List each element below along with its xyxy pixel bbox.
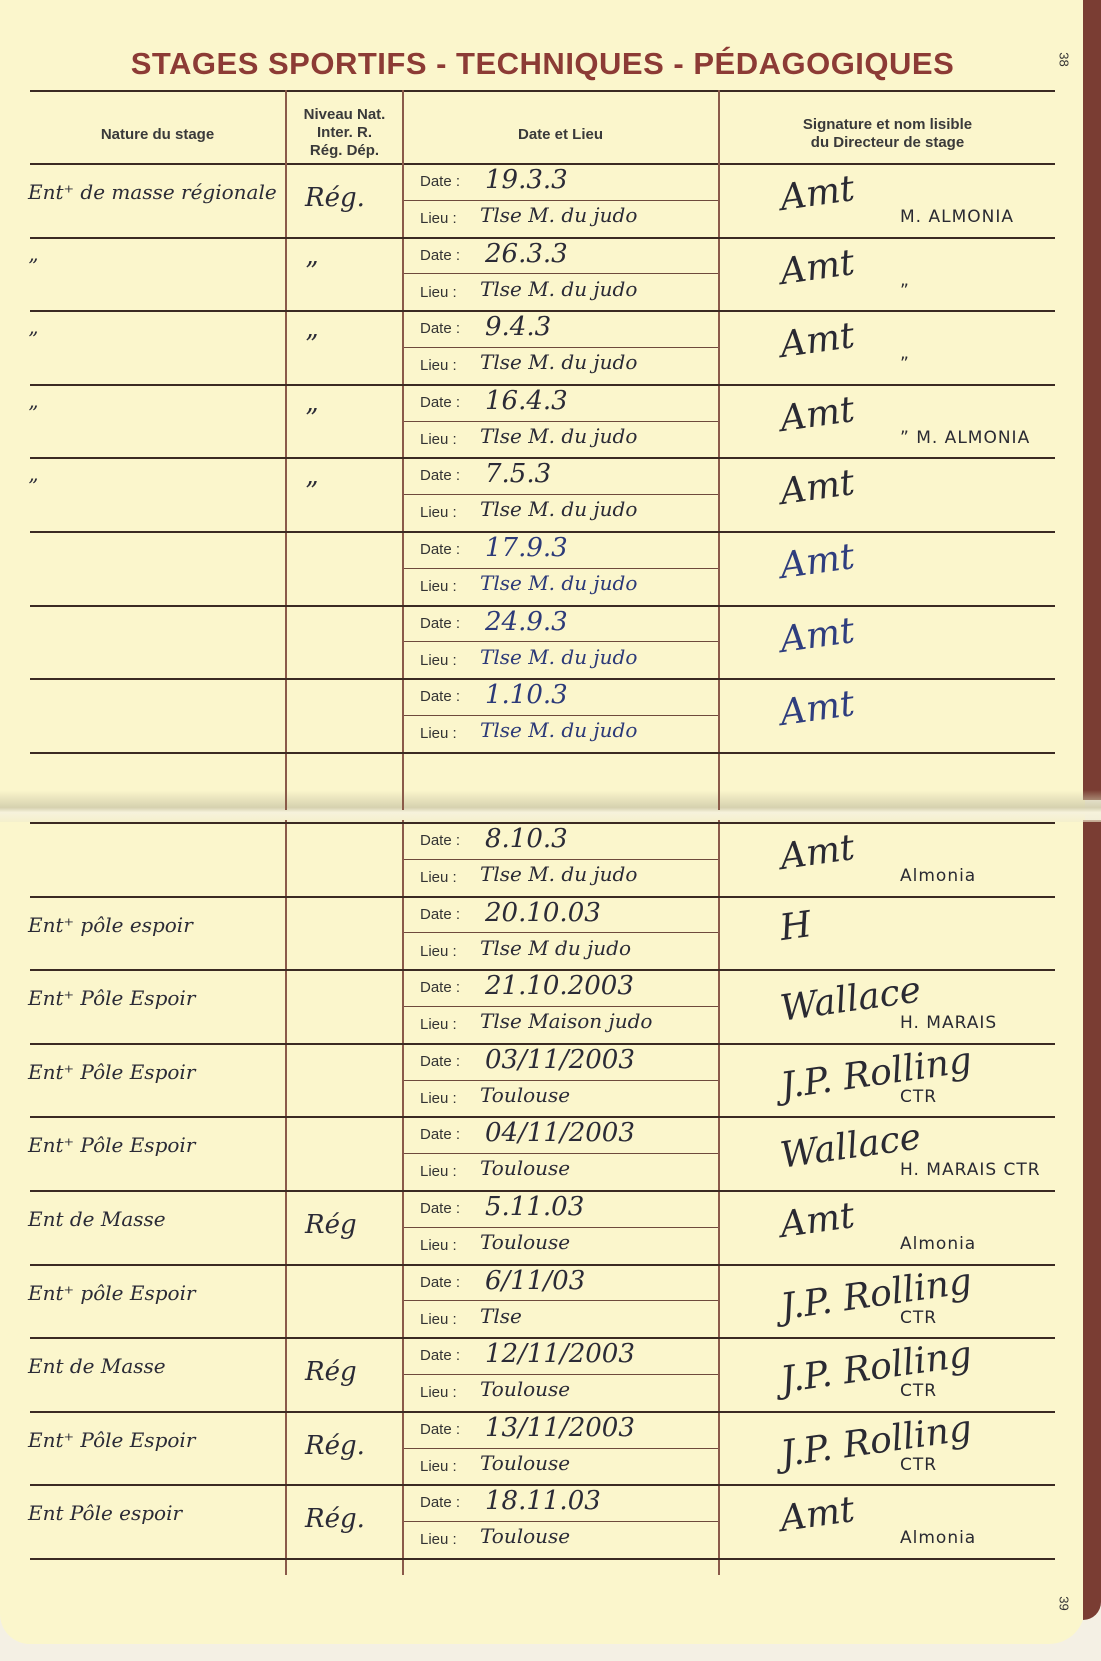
lieu-label: Lieu : bbox=[420, 652, 457, 669]
niveau-line-2: Inter. R. bbox=[287, 124, 402, 142]
date-lieu-divider bbox=[404, 715, 718, 716]
row-bottom-date: 03/11/2003 bbox=[485, 1045, 635, 1075]
row-top-lieu: Tlse M. du judo bbox=[480, 497, 637, 521]
date-label: Date : bbox=[420, 979, 460, 996]
lieu-label: Lieu : bbox=[420, 357, 457, 374]
row-top-date: 1.10.3 bbox=[485, 680, 568, 710]
row-bottom-date: 04/11/2003 bbox=[485, 1118, 635, 1148]
row-top-date: 16.4.3 bbox=[485, 386, 568, 416]
row-top-lieu: Tlse M. du judo bbox=[480, 718, 637, 742]
date-label: Date : bbox=[420, 394, 460, 411]
lieu-label: Lieu : bbox=[420, 869, 457, 886]
date-label: Date : bbox=[420, 1200, 460, 1217]
row-bottom-director-name: CTR bbox=[900, 1308, 937, 1328]
row-bottom-nature: Ent de Masse bbox=[28, 1351, 166, 1381]
row-top-director-name: ” bbox=[900, 354, 910, 374]
table-top-rule bbox=[30, 90, 1055, 92]
lieu-label: Lieu : bbox=[420, 431, 457, 448]
row-bottom-lieu: Toulouse bbox=[480, 1451, 570, 1475]
row-top-niveau: Rég. bbox=[305, 183, 365, 213]
column-divider bbox=[718, 820, 720, 1575]
row-top-date: 24.9.3 bbox=[485, 607, 568, 637]
date-label: Date : bbox=[420, 1053, 460, 1070]
column-header-niveau: Niveau Nat. Inter. R. Rég. Dép. bbox=[287, 106, 402, 160]
row-top-lieu: Tlse M. du judo bbox=[480, 203, 637, 227]
row-top-niveau: ” bbox=[305, 477, 318, 507]
signature-line-2: du Directeur de stage bbox=[720, 134, 1055, 152]
row-bottom-director-name: CTR bbox=[900, 1381, 937, 1401]
row-top-date: 7.5.3 bbox=[485, 459, 551, 489]
row-bottom-nature: Ent⁺ Pôle Espoir bbox=[28, 1057, 195, 1087]
date-label: Date : bbox=[420, 247, 460, 264]
row-bottom-lieu: Tlse Maison judo bbox=[480, 1009, 652, 1033]
row-bottom-date: 8.10.3 bbox=[485, 824, 568, 854]
date-lieu-divider bbox=[404, 1080, 718, 1081]
date-label: Date : bbox=[420, 906, 460, 923]
row-top-nature: ” bbox=[28, 324, 38, 354]
column-divider bbox=[718, 90, 720, 810]
row-bottom-lieu: Toulouse bbox=[480, 1377, 570, 1401]
row-bottom-date: 5.11.03 bbox=[485, 1192, 584, 1222]
row-bottom-nature: Ent⁺ Pôle Espoir bbox=[28, 1130, 195, 1160]
date-label: Date : bbox=[420, 1494, 460, 1511]
row-top-nature: Ent⁺ de masse régionale bbox=[28, 177, 277, 207]
date-lieu-divider bbox=[404, 641, 718, 642]
date-label: Date : bbox=[420, 1421, 460, 1438]
row-top-niveau: ” bbox=[305, 330, 318, 360]
row-bottom-director-name: Almonia bbox=[900, 1234, 976, 1254]
row-bottom-date: 13/11/2003 bbox=[485, 1413, 635, 1443]
page-fold bbox=[0, 790, 1101, 822]
row-top-niveau: ” bbox=[305, 257, 318, 287]
date-lieu-divider bbox=[404, 1153, 718, 1154]
date-lieu-divider bbox=[404, 932, 718, 933]
lieu-label: Lieu : bbox=[420, 725, 457, 742]
row-bottom-lieu: Tlse M. du judo bbox=[480, 862, 637, 886]
row-top-date: 19.3.3 bbox=[485, 165, 568, 195]
row-bottom-niveau: Rég. bbox=[305, 1431, 365, 1461]
row-rule bbox=[30, 1558, 1055, 1560]
lieu-label: Lieu : bbox=[420, 210, 457, 227]
date-lieu-divider bbox=[404, 1227, 718, 1228]
row-bottom-date: 21.10.2003 bbox=[485, 971, 634, 1001]
page-number-bottom: 39 bbox=[1057, 1596, 1072, 1610]
row-top-lieu: Tlse M. du judo bbox=[480, 571, 637, 595]
niveau-line-1: Niveau Nat. bbox=[287, 106, 402, 124]
row-bottom-lieu: Toulouse bbox=[480, 1524, 570, 1548]
date-lieu-divider bbox=[404, 421, 718, 422]
row-bottom-date: 12/11/2003 bbox=[485, 1339, 635, 1369]
column-header-signature: Signature et nom lisible du Directeur de… bbox=[720, 116, 1055, 152]
lieu-label: Lieu : bbox=[420, 284, 457, 301]
row-top-director-name: M. ALMONIA bbox=[900, 207, 1014, 227]
row-top-date: 9.4.3 bbox=[485, 312, 551, 342]
date-label: Date : bbox=[420, 173, 460, 190]
row-bottom-date: 18.11.03 bbox=[485, 1486, 601, 1516]
column-header-date-lieu: Date et Lieu bbox=[404, 126, 717, 144]
row-bottom-niveau: Rég bbox=[305, 1357, 357, 1387]
lieu-label: Lieu : bbox=[420, 1531, 457, 1548]
row-bottom-nature: Ent⁺ Pôle Espoir bbox=[28, 983, 195, 1013]
row-top-lieu: Tlse M. du judo bbox=[480, 645, 637, 669]
row-bottom-nature: Ent⁺ pôle Espoir bbox=[28, 1278, 196, 1308]
row-bottom-niveau: Rég bbox=[305, 1210, 357, 1240]
row-bottom-lieu: Tlse M du judo bbox=[480, 936, 631, 960]
lieu-label: Lieu : bbox=[420, 943, 457, 960]
date-lieu-divider bbox=[404, 1521, 718, 1522]
column-divider bbox=[285, 820, 287, 1575]
column-divider bbox=[402, 90, 404, 810]
niveau-line-3: Rég. Dép. bbox=[287, 142, 402, 160]
lieu-label: Lieu : bbox=[420, 1163, 457, 1180]
date-lieu-divider bbox=[404, 859, 718, 860]
lieu-label: Lieu : bbox=[420, 1311, 457, 1328]
lieu-label: Lieu : bbox=[420, 1458, 457, 1475]
page-number-top: 38 bbox=[1057, 52, 1072, 66]
page-title: STAGES SPORTIFS - TECHNIQUES - PÉDAGOGIQ… bbox=[0, 46, 1085, 82]
row-bottom-nature: Ent⁺ pôle espoir bbox=[28, 910, 193, 940]
date-lieu-divider bbox=[404, 200, 718, 201]
row-top-lieu: Tlse M. du judo bbox=[480, 350, 637, 374]
row-top-lieu: Tlse M. du judo bbox=[480, 277, 637, 301]
date-label: Date : bbox=[420, 467, 460, 484]
row-bottom-date: 6/11/03 bbox=[485, 1266, 585, 1296]
row-bottom-date: 20.10.03 bbox=[485, 898, 601, 928]
date-lieu-divider bbox=[404, 1006, 718, 1007]
date-lieu-divider bbox=[404, 568, 718, 569]
row-bottom-director-name: H. MARAIS bbox=[900, 1013, 997, 1033]
signature-line-1: Signature et nom lisible bbox=[720, 116, 1055, 134]
date-label: Date : bbox=[420, 688, 460, 705]
row-top-niveau: ” bbox=[305, 404, 318, 434]
date-label: Date : bbox=[420, 320, 460, 337]
row-top-date: 17.9.3 bbox=[485, 533, 568, 563]
row-bottom-lieu: Tlse bbox=[480, 1304, 522, 1328]
date-label: Date : bbox=[420, 832, 460, 849]
row-bottom-nature: Ent⁺ Pôle Espoir bbox=[28, 1425, 195, 1455]
row-top-nature: ” bbox=[28, 251, 38, 281]
row-top-nature: ” bbox=[28, 398, 38, 428]
lieu-label: Lieu : bbox=[420, 1237, 457, 1254]
row-rule bbox=[30, 752, 1055, 754]
row-bottom-signature: H bbox=[777, 904, 814, 949]
row-bottom-lieu: Toulouse bbox=[480, 1230, 570, 1254]
cover-edge bbox=[1083, 820, 1101, 1620]
date-label: Date : bbox=[420, 1347, 460, 1364]
row-bottom-director-name: Almonia bbox=[900, 866, 976, 886]
lieu-label: Lieu : bbox=[420, 504, 457, 521]
date-label: Date : bbox=[420, 541, 460, 558]
row-bottom-lieu: Toulouse bbox=[480, 1156, 570, 1180]
row-bottom-director-name: CTR bbox=[900, 1455, 937, 1475]
row-bottom-niveau: Rég. bbox=[305, 1504, 365, 1534]
lieu-label: Lieu : bbox=[420, 1384, 457, 1401]
row-bottom-nature: Ent de Masse bbox=[28, 1204, 166, 1234]
row-bottom-lieu: Toulouse bbox=[480, 1083, 570, 1107]
cover-edge bbox=[1083, 0, 1101, 800]
row-bottom-director-name: Almonia bbox=[900, 1528, 976, 1548]
row-top-nature: ” bbox=[28, 471, 38, 501]
date-lieu-divider bbox=[404, 494, 718, 495]
date-lieu-divider bbox=[404, 347, 718, 348]
date-label: Date : bbox=[420, 1274, 460, 1291]
lieu-label: Lieu : bbox=[420, 578, 457, 595]
row-top-director-name: ” bbox=[900, 281, 910, 301]
lieu-label: Lieu : bbox=[420, 1090, 457, 1107]
lieu-label: Lieu : bbox=[420, 1016, 457, 1033]
date-lieu-divider bbox=[404, 1448, 718, 1449]
date-lieu-divider bbox=[404, 1374, 718, 1375]
row-bottom-director-name: CTR bbox=[900, 1087, 937, 1107]
column-divider bbox=[285, 90, 287, 810]
date-lieu-divider bbox=[404, 1300, 718, 1301]
row-top-director-name: ” M. ALMONIA bbox=[900, 428, 1030, 448]
date-lieu-divider bbox=[404, 273, 718, 274]
date-label: Date : bbox=[420, 1126, 460, 1143]
row-top-date: 26.3.3 bbox=[485, 239, 568, 269]
row-bottom-nature: Ent Pôle espoir bbox=[28, 1498, 182, 1528]
date-label: Date : bbox=[420, 615, 460, 632]
column-header-nature: Nature du stage bbox=[30, 126, 285, 144]
row-bottom-director-name: H. MARAIS CTR bbox=[900, 1160, 1041, 1180]
row-top-lieu: Tlse M. du judo bbox=[480, 424, 637, 448]
